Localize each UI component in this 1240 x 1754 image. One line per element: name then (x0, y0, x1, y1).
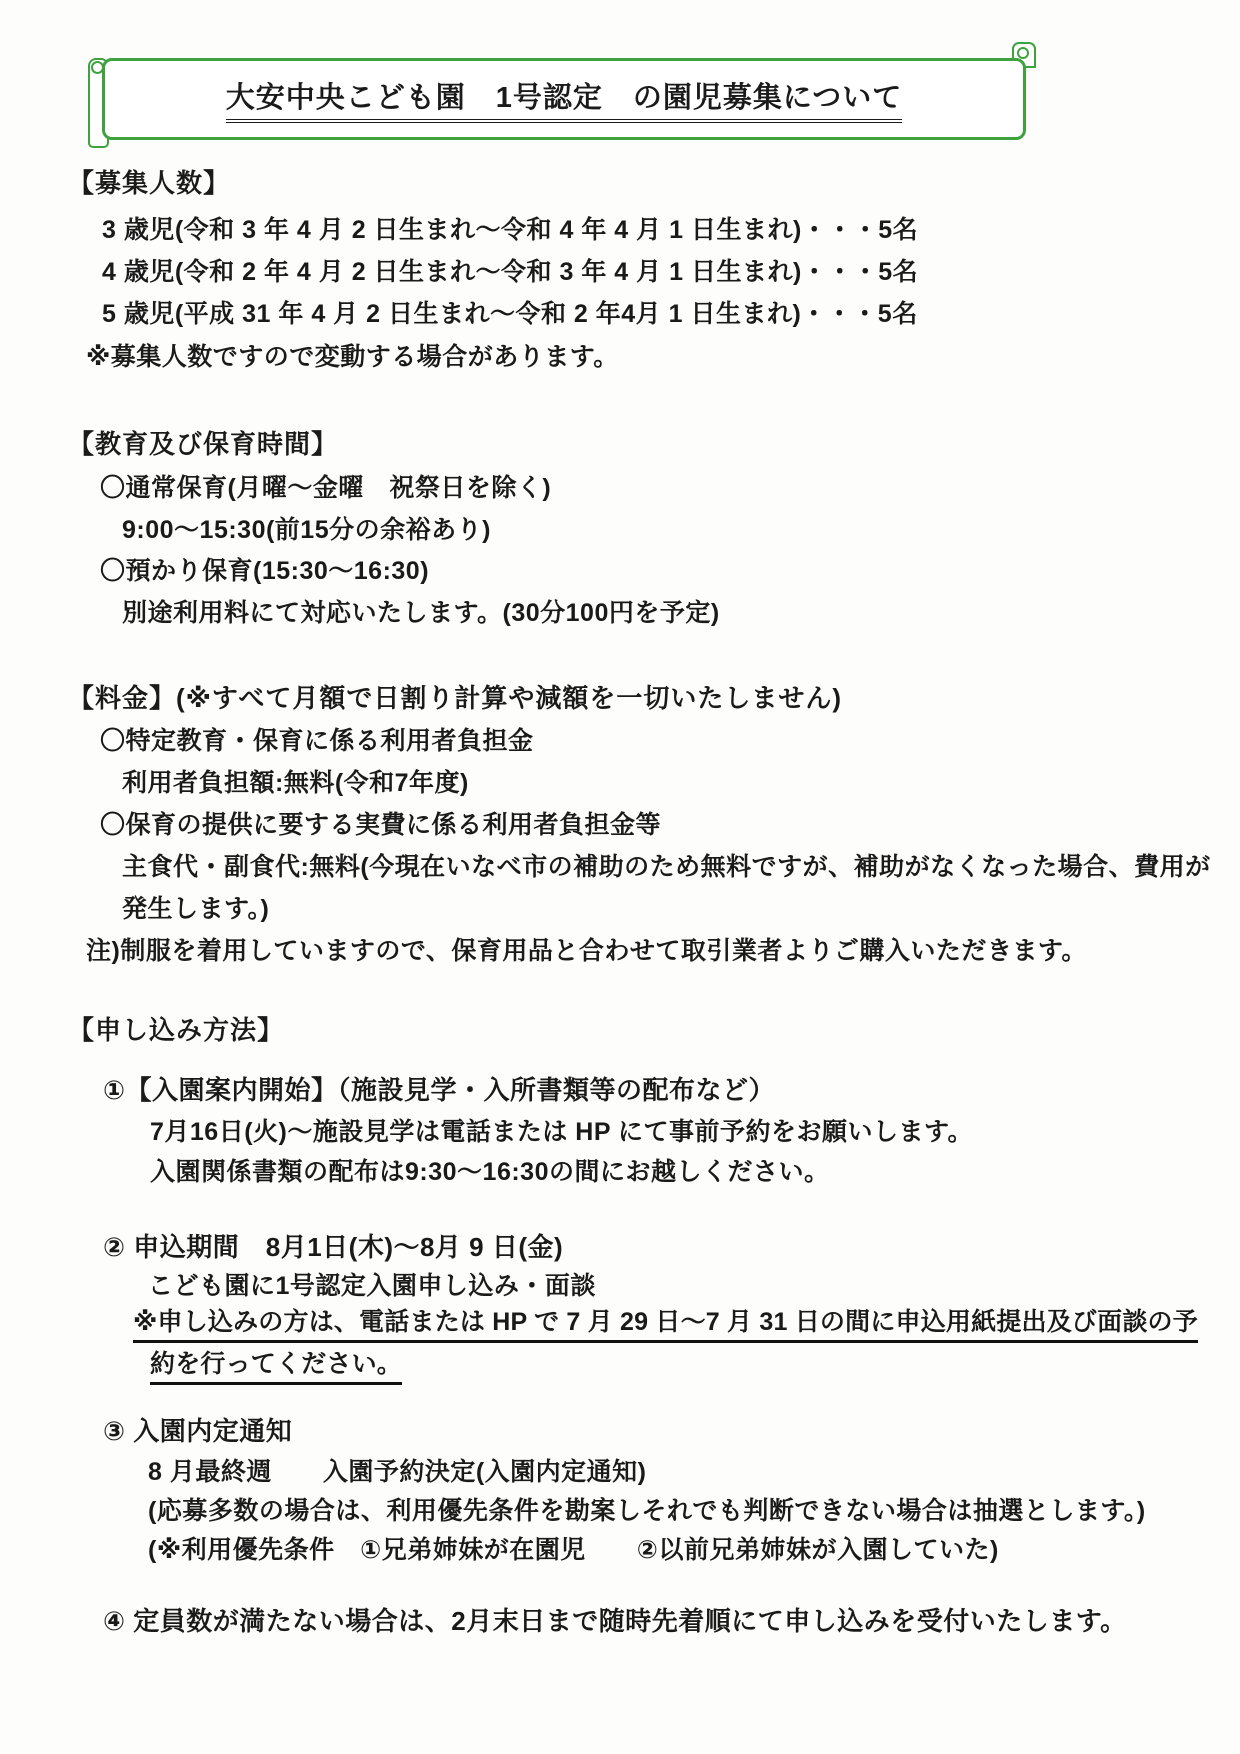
care-hours-extended-line: 〇預かり保育(15:30～16:30) (100, 551, 429, 587)
application-step3-line2: (応募多数の場合は、利用優先条件を勘案しそれでも判断できない場合は抽選とします。… (148, 1491, 1146, 1527)
title-banner: 大安中央こども園 1号認定 の園児募集について (88, 38, 1048, 150)
care-hours-time-line: 9:00～15:30(前15分の余裕あり) (122, 510, 491, 546)
document-page: 大安中央こども園 1号認定 の園児募集について 【募集人数】 3 歳児(令和 3… (0, 0, 1240, 1754)
fees-tokutei-line: 〇特定教育・保育に係る利用者負担金 (100, 721, 534, 757)
application-step2-note1: ※申し込みの方は、電話または HP で 7 月 29 日～7 月 31 日の間に… (133, 1302, 1198, 1343)
care-hours-fee-line: 別途利用料にて対応いたします。(30分100円を予定) (122, 593, 720, 629)
care-hours-normal-line: 〇通常保育(月曜～金曜 祝祭日を除く) (100, 468, 551, 504)
application-step3-line3: (※利用優先条件 ①兄弟姉妹が在園児 ②以前兄弟姉妹が入園していた) (148, 1530, 999, 1566)
application-step2-line1: こども園に1号認定入園申し込み・面談 (148, 1266, 596, 1302)
fees-meal-line2: 発生します。) (122, 889, 269, 925)
recruit-note: ※募集人数ですので変動する場合があります。 (86, 337, 619, 373)
section-heading-application: 【申し込み方法】 (68, 1010, 284, 1047)
banner-body: 大安中央こども園 1号認定 の園児募集について (102, 58, 1026, 140)
application-step2-note2: 約を行ってください。 (150, 1344, 402, 1385)
application-step3-line1: 8 月最終週 入園予約決定(入園内定通知) (148, 1452, 647, 1488)
application-step1-line1: 7月16日(火)～施設見学は電話または HP にて事前予約をお願いします。 (150, 1112, 973, 1148)
recruit-age4-line: 4 歳児(令和 2 年 4 月 2 日生まれ～令和 3 年 4 月 1 日生まれ… (102, 252, 918, 288)
application-step1-title: ①【入園案内開始】（施設見学・入所書類等の配布など） (103, 1070, 775, 1107)
recruit-age5-line: 5 歳児(平成 31 年 4 月 2 日生まれ～令和 2 年4月 1 日生まれ)… (102, 294, 918, 330)
application-step4-title: ④ 定員数が満たない場合は、2月末日まで随時先着順にて申し込みを受付いたします。 (103, 1601, 1127, 1638)
fees-burden-line: 利用者負担額:無料(令和7年度) (122, 763, 469, 799)
application-step2-title: ② 申込期間 8月1日(木)～8月 9 日(金) (103, 1227, 563, 1264)
banner-right-curl-icon (1017, 47, 1029, 59)
fees-jippi-line: 〇保育の提供に要する実費に係る利用者負担金等 (100, 805, 661, 841)
recruit-age3-line: 3 歳児(令和 3 年 4 月 2 日生まれ～令和 4 年 4 月 1 日生まれ… (102, 210, 918, 246)
fees-uniform-note: 注)制服を着用していますので、保育用品と合わせて取引業者よりご購入いただきます。 (86, 931, 1087, 967)
fees-meal-line: 主食代・副食代:無料(今現在いなべ市の補助のため無料ですが、補助がなくなった場合… (122, 847, 1211, 883)
section-heading-fees: 【料金】(※すべて月額で日割り計算や減額を一切いたしません) (68, 678, 842, 715)
section-heading-recruit-numbers: 【募集人数】 (68, 163, 230, 200)
section-heading-care-hours: 【教育及び保育時間】 (68, 424, 338, 461)
application-step1-line2: 入園関係書類の配布は9:30～16:30の間にお越しください。 (150, 1152, 829, 1188)
document-title: 大安中央こども園 1号認定 の園児募集について (226, 75, 903, 123)
application-step3-title: ③ 入園内定通知 (103, 1411, 292, 1448)
